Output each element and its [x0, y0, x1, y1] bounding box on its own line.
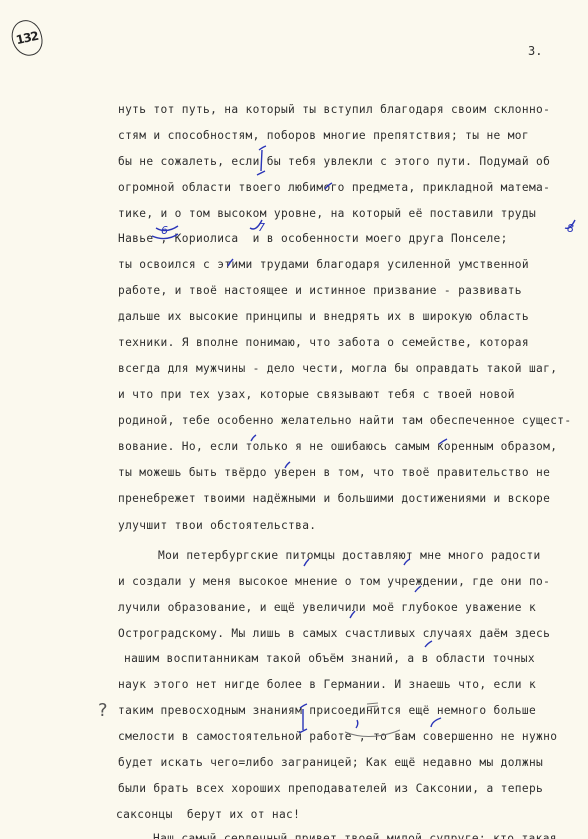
text-line: и создали у меня высокое мнение о том уч…: [118, 575, 550, 588]
text-line: всегда для мужчины - дело чести, могла б…: [118, 362, 557, 375]
footnote-marker-8: 8: [567, 222, 574, 235]
page-number: 3.: [528, 44, 542, 58]
footnote-marker-6: 6: [161, 224, 168, 237]
text-line: работе, и твоё настоящее и истинное приз…: [118, 284, 522, 297]
text-line: тике, и о том высоком уровне, на который…: [118, 207, 536, 220]
text-line: наук этого нет нигде более в Германии. И…: [118, 678, 536, 691]
text-line: лучили образование, и ещё увеличили моё …: [118, 601, 536, 614]
footnote-marker-7: 7: [258, 221, 265, 234]
text-line: вование. Но, если только я не ошибаюсь с…: [118, 440, 557, 453]
text-line: были брать всех хороших преподавателей и…: [118, 782, 543, 795]
text-line: нуть тот путь, на который ты вступил бла…: [118, 103, 550, 116]
text-line: родиной, тебе особенно желательно найти …: [118, 414, 571, 427]
text-line: ты освоился с этими трудами благодаря ус…: [118, 258, 529, 271]
text-line: смелости в самостоятельной работе , то в…: [118, 730, 557, 743]
margin-question-mark: ?: [98, 700, 108, 721]
text-line: нашим воспитанникам такой объём знаний, …: [124, 652, 535, 665]
text-line: пренебрежет твоими надёжными и большими …: [118, 492, 550, 505]
text-line: техники. Я вполне понимаю, что забота о …: [118, 336, 529, 349]
text-line: Наш самый сердечный привет твоей милой с…: [153, 832, 557, 839]
text-line: бы не сожалеть, если бы тебя увлекли с э…: [118, 155, 550, 168]
text-line: Остроградскому. Мы лишь в самых счастлив…: [118, 627, 550, 640]
text-line: Навье , Кориолиса и в особенности моего …: [118, 232, 508, 245]
text-line: стям и способностям, поборов многие преп…: [118, 129, 529, 142]
text-line: улучшит твои обстоятельства.: [118, 519, 316, 532]
text-line: огромной области твоего любимого предмет…: [118, 181, 550, 194]
text-line: таким превосходным знаниям присоединится…: [118, 704, 536, 717]
text-line: будет искать чего=либо заграницей; Как е…: [118, 756, 543, 769]
text-line: ты можешь быть твёрдо уверен в том, что …: [118, 466, 550, 479]
archive-number-stamp: 132: [9, 17, 46, 58]
text-line: и что при тех узах, которые связывают те…: [118, 388, 515, 401]
text-line: Мои петербургские питомцы доставляют мне…: [158, 549, 541, 562]
document-page: 132 3. нуть тот путь, на который ты всту…: [0, 0, 588, 839]
text-line: саксонцы берут их от нас!: [116, 808, 300, 821]
text-line: дальше их высокие принципы и внедрять их…: [118, 310, 529, 323]
